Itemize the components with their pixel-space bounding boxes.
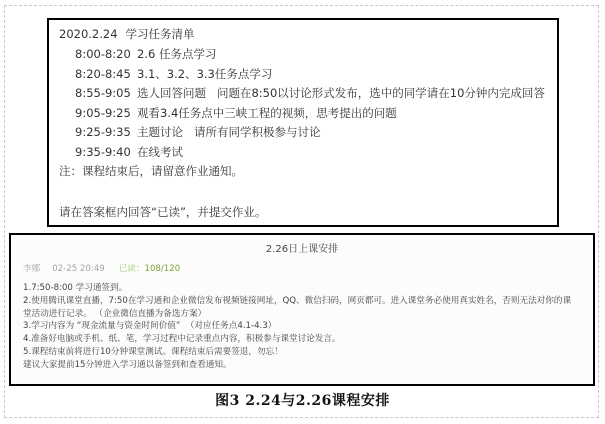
schedule-time: 8:20-8:45 bbox=[75, 65, 137, 85]
schedule-desc: 2.6 任务点学习 bbox=[137, 47, 216, 61]
notice-line: 4.准备好电脑或手机、纸、笔，学习过程中记录重点内容，积极参与课堂讨论发言。 bbox=[23, 333, 583, 346]
read-label: 已读： bbox=[119, 264, 145, 274]
schedule-time: 9:05-9:25 bbox=[75, 104, 137, 124]
figure-caption: 图3 2.24与2.26课程安排 bbox=[0, 390, 605, 410]
notice-line: 堂活动进行记录。 （企业微信直播为备选方案） bbox=[23, 308, 583, 321]
notice-line: 建议大家提前15分钟进入学习通以备签到和查看通知。 bbox=[23, 359, 583, 372]
schedule-desc: 观看3.4任务点中三峡工程的视频，思考提出的问题 bbox=[137, 106, 397, 120]
schedule-row: 9:25-9:35主题讨论 请所有同学积极参与讨论 bbox=[75, 123, 545, 143]
notice-author: 李娜 bbox=[23, 264, 40, 274]
task-list-title: 学习任务清单 bbox=[126, 27, 195, 41]
notice-line: 5.课程结束前将进行10分钟课堂测试。课程结束后需要签退，勿忘！ bbox=[23, 346, 583, 359]
schedule-row: 8:20-8:453.1、3.2、3.3任务点学习 bbox=[75, 65, 545, 85]
task-list-header: 2020.2.24学习任务清单 bbox=[59, 26, 195, 42]
schedule-desc: 3.1、3.2、3.3任务点学习 bbox=[137, 67, 272, 81]
schedule-time: 9:35-9:40 bbox=[75, 143, 137, 163]
task-list-date: 2020.2.24 bbox=[59, 27, 118, 41]
task-note: 注：课程结束后，请留意作业通知。 bbox=[59, 163, 243, 179]
read-count[interactable]: 108/120 bbox=[144, 264, 180, 274]
notice-line: 1.7:50-8:00 学习通签到。 bbox=[23, 282, 583, 295]
notice-panel: 2.26日上课安排 李娜02-25 20:49已读：108/120 1.7:50… bbox=[9, 233, 595, 386]
schedule-desc: 选人回答问题 问题在8:50以讨论形式发布，选中的同学请在10分钟内完成回答 bbox=[137, 86, 545, 100]
schedule-row: 8:55-9:05选人回答问题 问题在8:50以讨论形式发布，选中的同学请在10… bbox=[75, 84, 545, 104]
schedule-desc: 在线考试 bbox=[137, 145, 183, 159]
notice-title: 2.26日上课安排 bbox=[11, 240, 593, 255]
schedule-time: 8:55-9:05 bbox=[75, 84, 137, 104]
notice-body: 1.7:50-8:00 学习通签到。 2.使用腾讯课堂直播，7:50在学习通和企… bbox=[23, 282, 583, 372]
notice-line: 3.学习内容为 “现金流量与资金时间价值” （对应任务点4.1-4.3） bbox=[23, 320, 583, 333]
notice-line: 2.使用腾讯课堂直播，7:50在学习通和企业微信发布视频链接网址，QQ、微信扫码… bbox=[23, 295, 583, 308]
schedule-desc: 主题讨论 请所有同学积极参与讨论 bbox=[137, 125, 320, 139]
task-schedule: 8:00-8:202.6 任务点学习 8:20-8:453.1、3.2、3.3任… bbox=[75, 45, 545, 163]
task-instruction: 请在答案框内回答“已读”，并提交作业。 bbox=[59, 204, 266, 220]
notice-timestamp: 02-25 20:49 bbox=[52, 264, 104, 274]
notice-meta: 李娜02-25 20:49已读：108/120 bbox=[23, 262, 180, 274]
schedule-time: 8:00-8:20 bbox=[75, 45, 137, 65]
schedule-row: 8:00-8:202.6 任务点学习 bbox=[75, 45, 545, 65]
schedule-time: 9:25-9:35 bbox=[75, 123, 137, 143]
schedule-row: 9:35-9:40在线考试 bbox=[75, 143, 545, 163]
schedule-row: 9:05-9:25观看3.4任务点中三峡工程的视频，思考提出的问题 bbox=[75, 104, 545, 124]
task-list-panel: 2020.2.24学习任务清单 8:00-8:202.6 任务点学习 8:20-… bbox=[47, 18, 559, 227]
